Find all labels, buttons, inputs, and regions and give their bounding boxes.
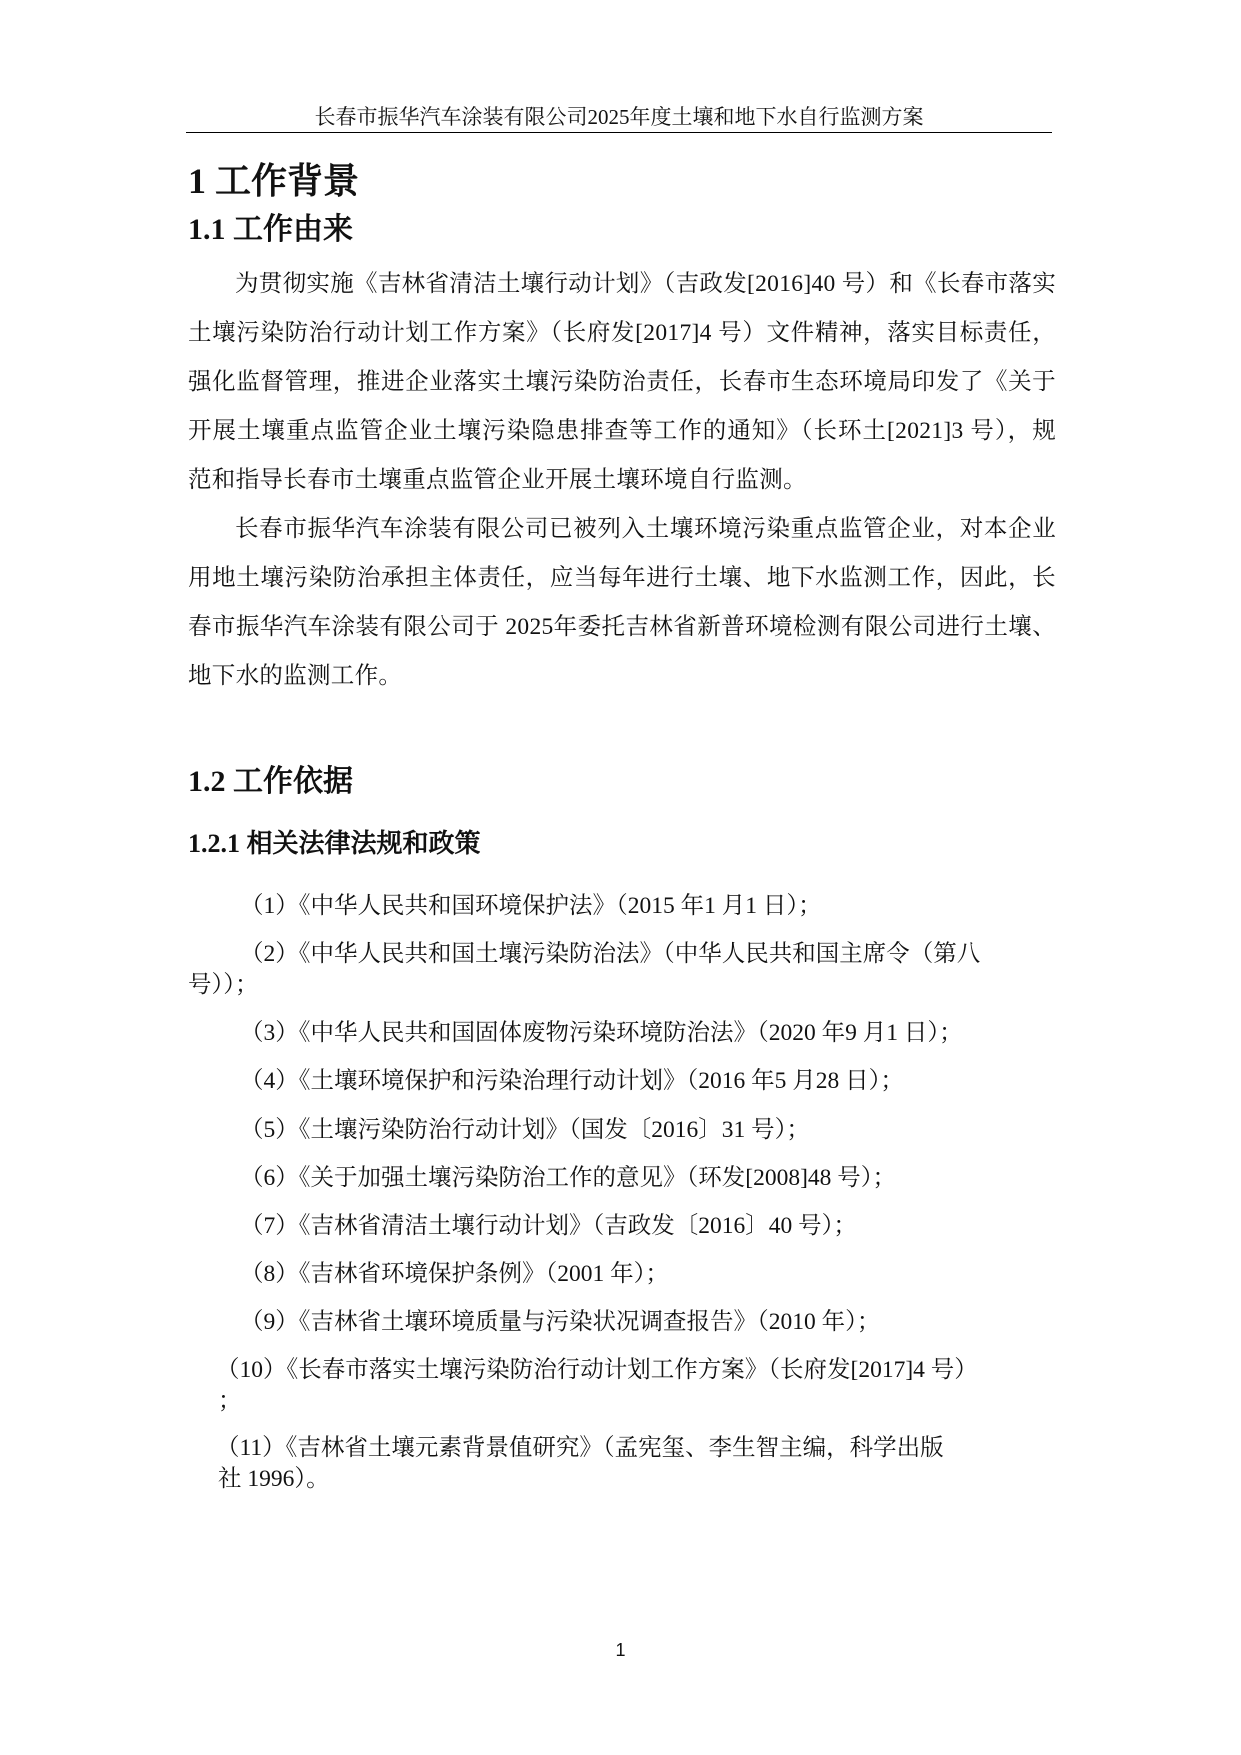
list-item: （10）《长春市落实土壤污染防治行动计划工作方案》（长府发[2017]4 号） — [216, 1350, 978, 1384]
list-item: （4）《土壤环境保护和污染治理行动计划》（2016 年5 月28 日）； — [240, 1061, 904, 1095]
header-divider — [186, 132, 1052, 133]
list-item: （8）《吉林省环境保护条例》（2001 年）； — [240, 1254, 669, 1288]
paragraph-origin-1: 为贯彻实施《吉林省清洁土壤行动计划》（吉政发[2016]40 号）和《长春市落实… — [188, 260, 1056, 505]
list-item: （9）《吉林省土壤环境质量与污染状况调查报告》（2010 年）； — [240, 1302, 880, 1336]
list-item-continuation: ； — [218, 1381, 242, 1415]
section-heading-1-1: 1.1 工作由来 — [188, 204, 353, 248]
list-item: （1）《中华人民共和国环境保护法》（2015 年1 月1 日）； — [240, 886, 822, 920]
list-item: （2）《中华人民共和国土壤污染防治法》（中华人民共和国主席令（第八 — [240, 934, 980, 968]
running-header-title: 长春市振华汽车涂装有限公司2025年度土壤和地下水自行监测方案 — [186, 101, 1052, 131]
page-number: 1 — [0, 1640, 1241, 1661]
paragraph-origin-2: 长春市振华汽车涂装有限公司已被列入土壤环境污染重点监管企业，对本企业用地土壤污染… — [188, 505, 1056, 701]
subsection-heading-1-2-1: 1.2.1 相关法律法规和政策 — [188, 823, 481, 860]
chapter-heading: 1 工作背景 — [188, 153, 359, 204]
list-item: （3）《中华人民共和国固体废物污染环境防治法》（2020 年9 月1 日）； — [240, 1013, 963, 1047]
list-item-continuation: 号））； — [188, 965, 259, 999]
list-item: （6）《关于加强土壤污染防治工作的意见》（环发[2008]48 号）； — [240, 1158, 896, 1192]
list-item: （7）《吉林省清洁土壤行动计划》（吉政发〔2016〕40 号）； — [240, 1206, 857, 1240]
list-item: （11）《吉林省土壤元素背景值研究》（孟宪玺、李生智主编，科学出版 — [216, 1428, 944, 1462]
list-item: （5）《土壤污染防治行动计划》（国发〔2016〕31 号）； — [240, 1110, 810, 1144]
list-item-continuation: 社 1996）。 — [218, 1459, 330, 1493]
section-heading-1-2: 1.2 工作依据 — [188, 756, 353, 800]
